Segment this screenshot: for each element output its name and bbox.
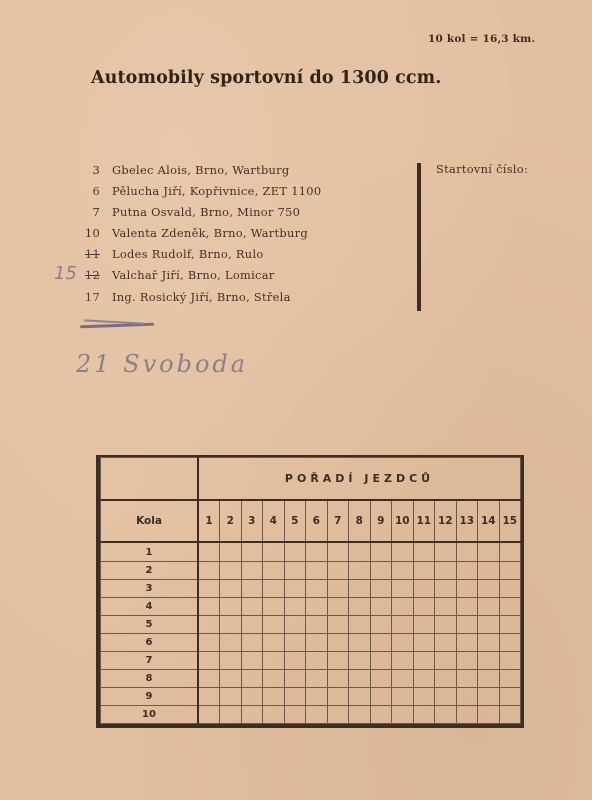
entry-cell[interactable] (478, 561, 500, 579)
entry-cell[interactable] (349, 597, 371, 615)
entry-cell[interactable] (456, 597, 478, 615)
entry-cell[interactable] (263, 687, 285, 705)
entry-cell[interactable] (198, 597, 220, 615)
entry-cell[interactable] (263, 651, 285, 669)
handwritten-strikethrough (80, 318, 154, 332)
entry-cell[interactable] (435, 561, 457, 579)
entry-cell[interactable] (306, 615, 328, 633)
entry-cell[interactable] (478, 669, 500, 687)
entry-cell[interactable] (392, 651, 414, 669)
entry-cell[interactable] (327, 597, 349, 615)
entry-cell[interactable] (370, 615, 392, 633)
entry-text: Valchař Jiří, Brno, Lomicar (112, 265, 275, 286)
entry-cell[interactable] (220, 597, 242, 615)
entry-cell[interactable] (478, 579, 500, 597)
position-header: 5 (284, 500, 306, 542)
entry-cell[interactable] (198, 669, 220, 687)
entry-cell[interactable] (499, 542, 521, 561)
entry-cell[interactable] (306, 561, 328, 579)
entry-cell[interactable] (499, 651, 521, 669)
entry-cell[interactable] (435, 705, 457, 723)
entry-cell[interactable] (370, 561, 392, 579)
entry-cell[interactable] (349, 705, 371, 723)
entry-cell[interactable] (349, 542, 371, 561)
entry-cell[interactable] (220, 615, 242, 633)
table-title: POŘADÍ JEZDCŮ (198, 458, 521, 501)
table-row: 6 (101, 633, 521, 651)
lap-label: 3 (101, 579, 199, 597)
entry-cell[interactable] (220, 651, 242, 669)
entry-text: Pělucha Jiří, Kopřivnice, ZET 1100 (112, 181, 321, 202)
position-header: 6 (306, 500, 328, 542)
entry-cell[interactable] (435, 579, 457, 597)
entry-cell[interactable] (435, 597, 457, 615)
entry-number: 10 (70, 223, 100, 244)
entry-cell[interactable] (435, 542, 457, 561)
entry-cell[interactable] (370, 705, 392, 723)
entry-cell[interactable] (241, 579, 263, 597)
entry-cell[interactable] (413, 597, 435, 615)
entry-cell[interactable] (306, 687, 328, 705)
entry-cell[interactable] (241, 615, 263, 633)
entry-cell[interactable] (220, 669, 242, 687)
entry-cell[interactable] (478, 705, 500, 723)
entry-text: Ing. Rosický Jiří, Brno, Střela (112, 287, 291, 308)
entry-cell[interactable] (327, 561, 349, 579)
entry-cell[interactable] (392, 542, 414, 561)
position-header: 3 (241, 500, 263, 542)
entry-cell[interactable] (284, 669, 306, 687)
position-header: 13 (456, 500, 478, 542)
position-header: 2 (220, 500, 242, 542)
lap-label: 8 (101, 669, 199, 687)
entry-cell[interactable] (263, 542, 285, 561)
entry-cell[interactable] (327, 687, 349, 705)
entry-cell[interactable] (327, 669, 349, 687)
entry-cell[interactable] (413, 579, 435, 597)
entry-cell[interactable] (241, 542, 263, 561)
entry-cell[interactable] (327, 651, 349, 669)
entry-cell[interactable] (392, 597, 414, 615)
table-row: 8 (101, 669, 521, 687)
entry-cell[interactable] (392, 579, 414, 597)
entry-cell[interactable] (478, 687, 500, 705)
lap-label: 5 (101, 615, 199, 633)
lap-label: 1 (101, 542, 199, 561)
entry-cell[interactable] (198, 561, 220, 579)
entry-cell[interactable] (499, 579, 521, 597)
entry-cell[interactable] (263, 597, 285, 615)
entry-cell[interactable] (370, 633, 392, 651)
entry-cell[interactable] (370, 687, 392, 705)
entry-cell[interactable] (499, 687, 521, 705)
rider-order-table: POŘADÍ JEZDCŮ Kola 123456789101112131415… (96, 455, 524, 728)
entry-cell[interactable] (327, 633, 349, 651)
entry-cell[interactable] (220, 633, 242, 651)
entry-cell[interactable] (413, 561, 435, 579)
table-row: 2 (101, 561, 521, 579)
entry-cell[interactable] (392, 615, 414, 633)
entry-cell[interactable] (456, 669, 478, 687)
entry-cell[interactable] (220, 542, 242, 561)
entry-cell[interactable] (435, 687, 457, 705)
entry-cell[interactable] (306, 651, 328, 669)
entry-cell[interactable] (284, 705, 306, 723)
entry-cell[interactable] (413, 633, 435, 651)
entry-cell[interactable] (370, 669, 392, 687)
entry-cell[interactable] (198, 542, 220, 561)
entry-cell[interactable] (392, 561, 414, 579)
entry-cell[interactable] (456, 651, 478, 669)
table-corner-cell (101, 458, 199, 501)
entry-cell[interactable] (413, 669, 435, 687)
entry-cell[interactable] (392, 705, 414, 723)
entry-cell[interactable] (456, 705, 478, 723)
entry-cell[interactable] (499, 561, 521, 579)
entry-cell[interactable] (263, 615, 285, 633)
entry-cell[interactable] (198, 615, 220, 633)
entry-cell[interactable] (198, 633, 220, 651)
lap-label: 6 (101, 633, 199, 651)
entry-cell[interactable] (284, 542, 306, 561)
entry-cell[interactable] (284, 615, 306, 633)
entry-number: 6 (70, 181, 100, 202)
entry-cell[interactable] (349, 687, 371, 705)
lap-distance-note: 10 kol = 16,3 km. (428, 33, 535, 45)
entry-cell[interactable] (306, 669, 328, 687)
entry-cell[interactable] (327, 615, 349, 633)
entry-cell[interactable] (241, 633, 263, 651)
entry-cell[interactable] (284, 633, 306, 651)
entry-cell[interactable] (220, 579, 242, 597)
entry-cell[interactable] (392, 669, 414, 687)
entry-cell[interactable] (435, 633, 457, 651)
entry-cell[interactable] (263, 669, 285, 687)
entry-cell[interactable] (413, 651, 435, 669)
entry-cell[interactable] (456, 542, 478, 561)
entry-cell[interactable] (284, 561, 306, 579)
entry-cell[interactable] (478, 633, 500, 651)
entry-text: Lodes Rudolf, Brno, Rulo (112, 244, 264, 265)
entry-cell[interactable] (198, 579, 220, 597)
entry-cell[interactable] (456, 615, 478, 633)
entry-cell[interactable] (413, 615, 435, 633)
entry-cell[interactable] (306, 542, 328, 561)
entry-cell[interactable] (349, 669, 371, 687)
entry-cell[interactable] (263, 579, 285, 597)
entry-cell[interactable] (435, 651, 457, 669)
entry-text: Putna Osvald, Brno, Minor 750 (112, 202, 300, 223)
kola-header: Kola (101, 500, 199, 542)
position-header: 14 (478, 500, 500, 542)
entry-cell[interactable] (198, 687, 220, 705)
entry-cell[interactable] (241, 561, 263, 579)
entry-cell[interactable] (306, 579, 328, 597)
table-row: 5 (101, 615, 521, 633)
entry-cell[interactable] (220, 705, 242, 723)
lap-label: 7 (101, 651, 199, 669)
table-row: 1 (101, 542, 521, 561)
entry-cell[interactable] (370, 542, 392, 561)
entry-cell[interactable] (370, 651, 392, 669)
entry-cell[interactable] (413, 687, 435, 705)
lap-label: 9 (101, 687, 199, 705)
entry-cell[interactable] (456, 579, 478, 597)
entry-cell[interactable] (478, 651, 500, 669)
entry-cell[interactable] (349, 633, 371, 651)
entry-text: Gbelec Alois, Brno, Wartburg (112, 160, 290, 181)
entry-cell[interactable] (284, 651, 306, 669)
entry-cell[interactable] (241, 597, 263, 615)
entry-cell[interactable] (306, 633, 328, 651)
entry-cell[interactable] (241, 687, 263, 705)
entry-cell[interactable] (284, 597, 306, 615)
table-row: 3 (101, 579, 521, 597)
entry-cell[interactable] (392, 687, 414, 705)
entry-cell[interactable] (392, 633, 414, 651)
vertical-divider (417, 163, 421, 311)
entry-cell[interactable] (263, 633, 285, 651)
entry-cell[interactable] (499, 597, 521, 615)
entry-cell[interactable] (499, 633, 521, 651)
lap-label: 2 (101, 561, 199, 579)
entry-cell[interactable] (198, 705, 220, 723)
entry-cell[interactable] (306, 597, 328, 615)
handwritten-note-21: 21 Svoboda (76, 350, 248, 378)
lap-label: 4 (101, 597, 199, 615)
entry-cell[interactable] (435, 615, 457, 633)
entry-cell[interactable] (220, 687, 242, 705)
start-number-label: Startovní číslo: (436, 162, 528, 176)
entry-cell[interactable] (370, 597, 392, 615)
lap-label: 10 (101, 705, 199, 723)
position-header: 11 (413, 500, 435, 542)
position-header: 4 (263, 500, 285, 542)
entry-cell[interactable] (456, 687, 478, 705)
position-header: 8 (349, 500, 371, 542)
entry-cell[interactable] (349, 615, 371, 633)
entry-cell[interactable] (456, 561, 478, 579)
entry-number: 17 (70, 287, 100, 308)
entry-cell[interactable] (306, 705, 328, 723)
entry-cell[interactable] (284, 579, 306, 597)
entry-cell[interactable] (349, 561, 371, 579)
entry-number: 7 (70, 202, 100, 223)
position-header: 1 (198, 500, 220, 542)
table-row: 4 (101, 597, 521, 615)
position-header: 7 (327, 500, 349, 542)
entry-cell[interactable] (478, 597, 500, 615)
entry-cell[interactable] (284, 687, 306, 705)
entry-cell[interactable] (435, 669, 457, 687)
entry-cell[interactable] (478, 542, 500, 561)
entry-cell[interactable] (241, 651, 263, 669)
entry-cell[interactable] (220, 561, 242, 579)
entry-cell[interactable] (241, 705, 263, 723)
entry-cell[interactable] (241, 669, 263, 687)
table-row: 7 (101, 651, 521, 669)
entry-cell[interactable] (413, 542, 435, 561)
entry-cell[interactable] (198, 651, 220, 669)
entry-cell[interactable] (499, 705, 521, 723)
handwritten-note-15: 15 (54, 263, 77, 284)
entry-cell[interactable] (349, 579, 371, 597)
entry-cell[interactable] (263, 561, 285, 579)
entry-cell[interactable] (499, 615, 521, 633)
entry-cell[interactable] (263, 705, 285, 723)
table-row: 9 (101, 687, 521, 705)
position-header: 15 (499, 500, 521, 542)
entry-cell[interactable] (478, 615, 500, 633)
entry-cell[interactable] (456, 633, 478, 651)
position-header: 12 (435, 500, 457, 542)
entry-cell[interactable] (349, 651, 371, 669)
entry-cell[interactable] (499, 669, 521, 687)
entry-cell[interactable] (370, 579, 392, 597)
table-row: 10 (101, 705, 521, 723)
entry-cell[interactable] (327, 542, 349, 561)
page-title: Automobily sportovní do 1300 ccm. (91, 68, 441, 88)
position-header: 10 (392, 500, 414, 542)
entry-cell[interactable] (413, 705, 435, 723)
entry-cell[interactable] (327, 579, 349, 597)
position-header: 9 (370, 500, 392, 542)
entry-number: 3 (70, 160, 100, 181)
entry-cell[interactable] (327, 705, 349, 723)
entry-text: Valenta Zdeněk, Brno, Wartburg (112, 223, 308, 244)
